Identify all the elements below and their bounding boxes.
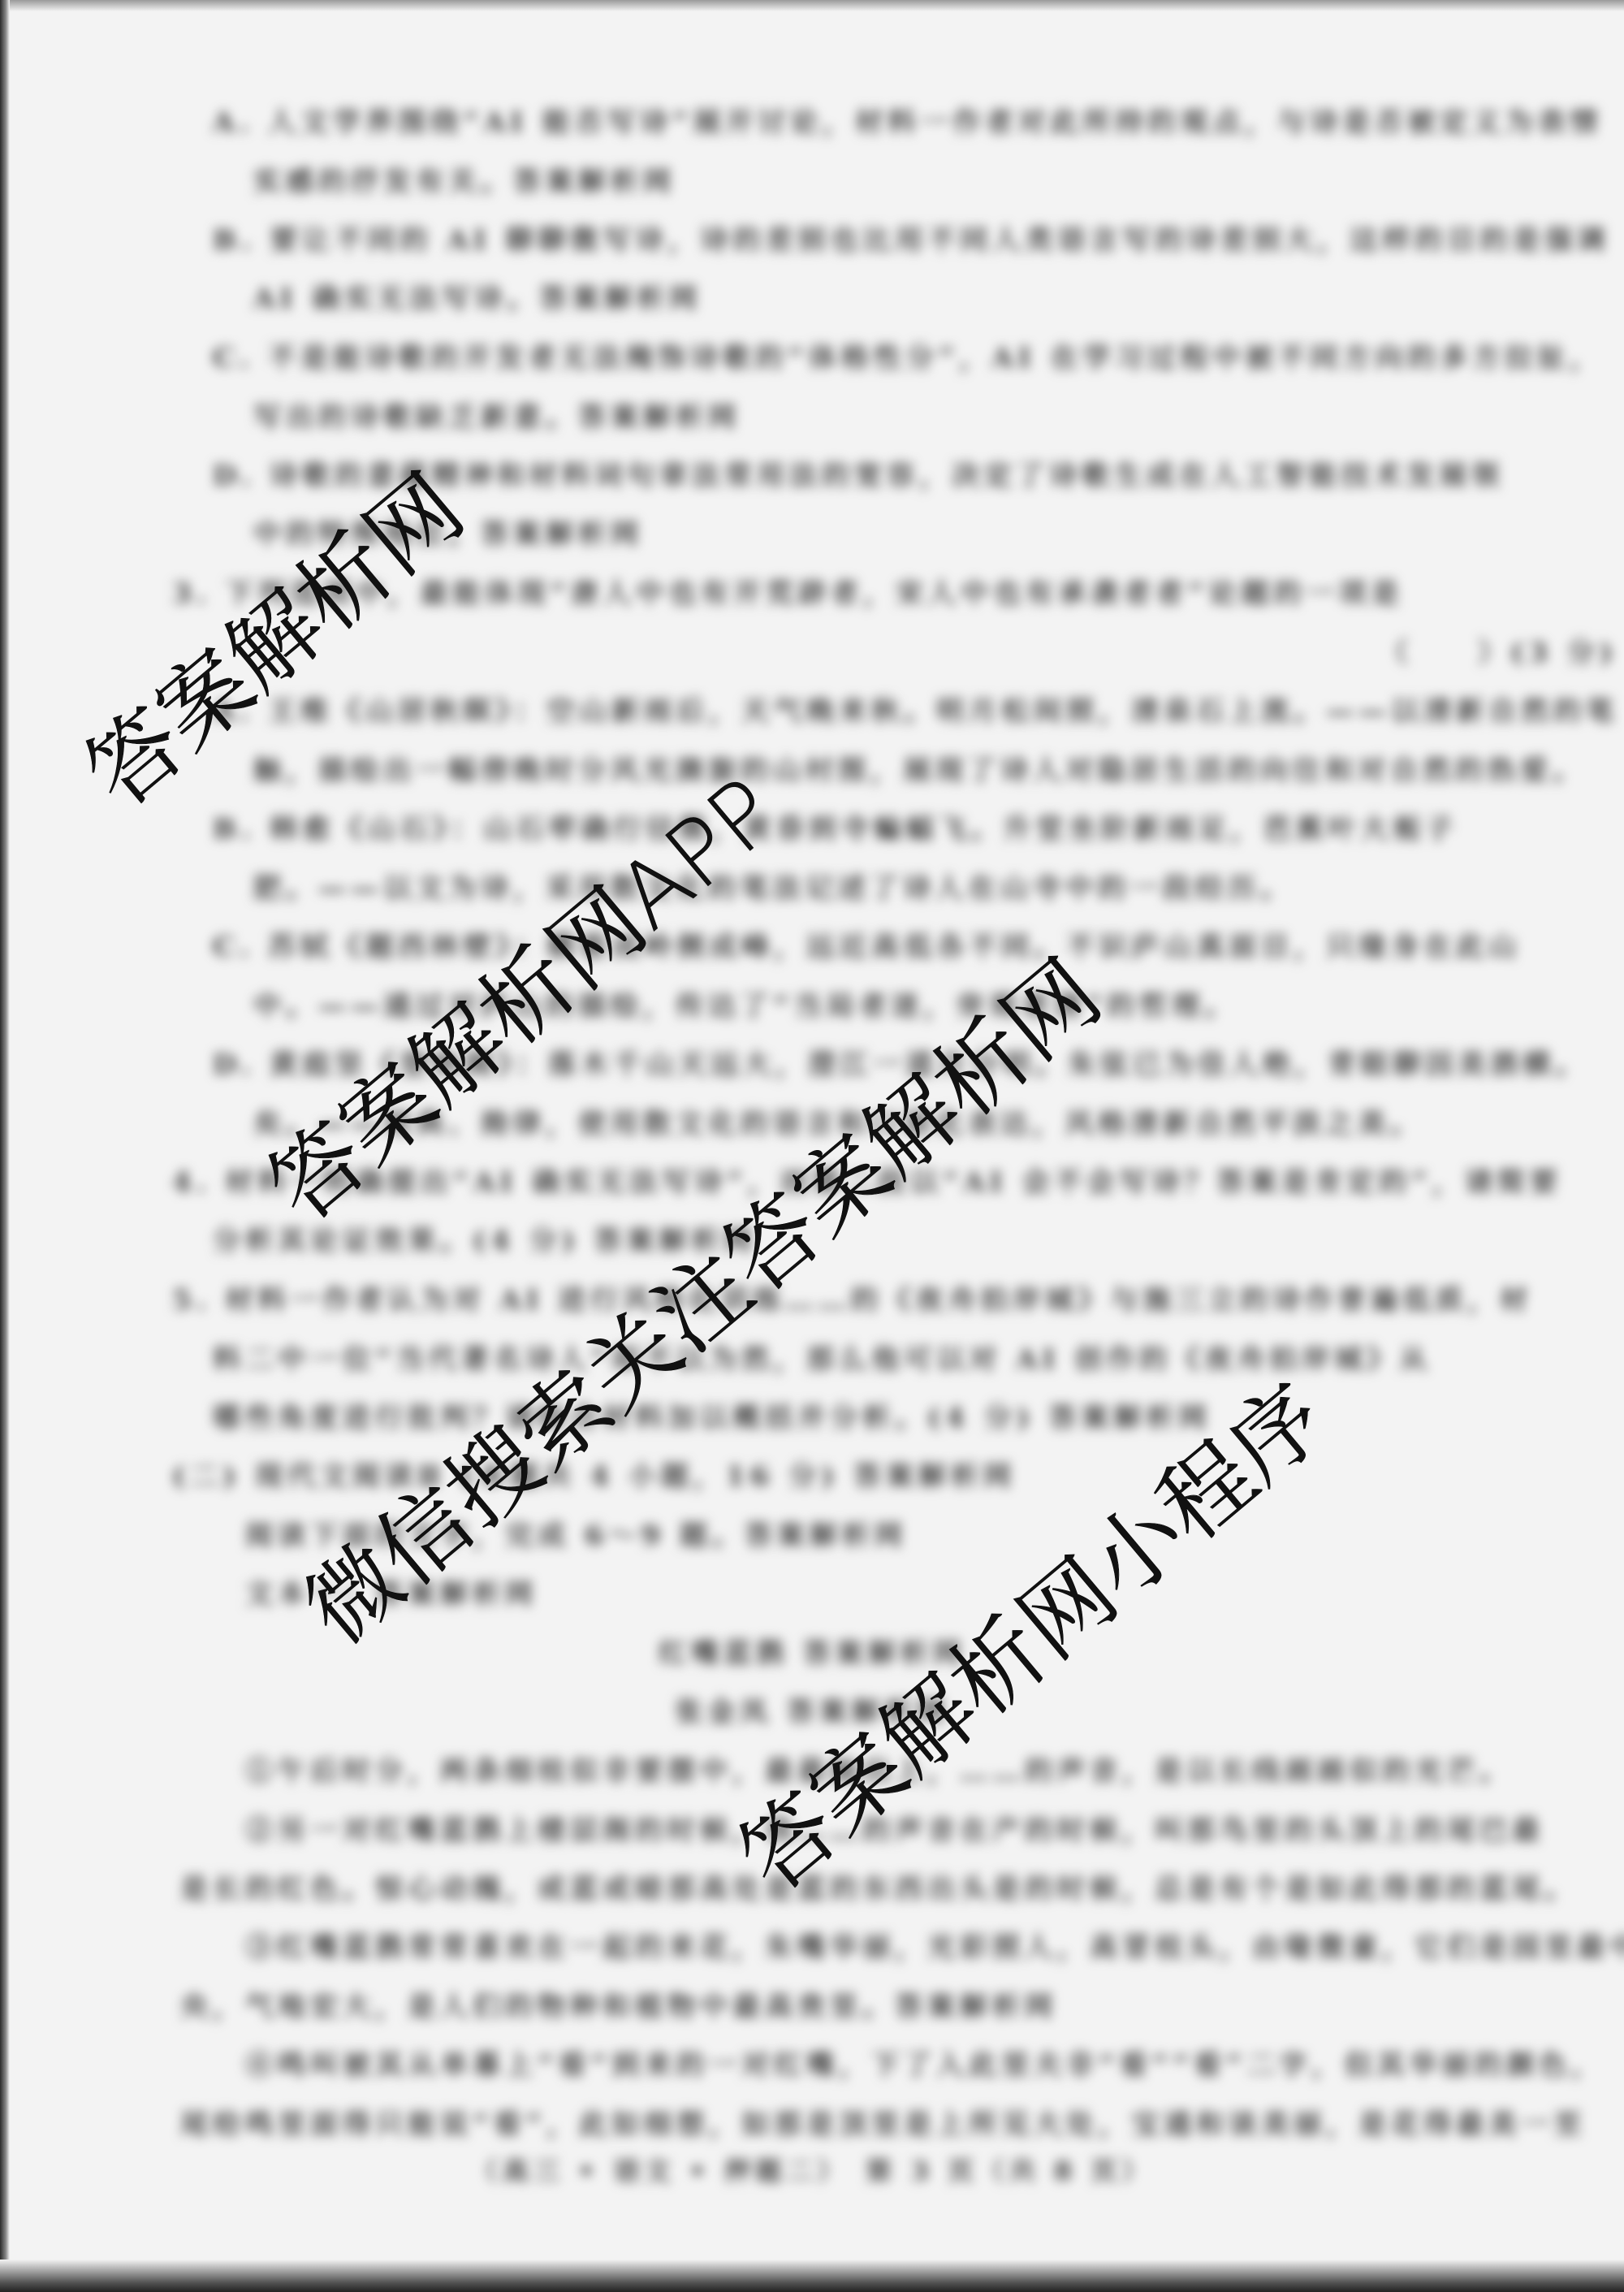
page-footer: （高三 • 语文 • 押题二） 第 3 页（共 8 页） <box>0 2151 1624 2188</box>
document-line-p3b: 央，气地宏大，是人们的物种和植物中最高贵里。答案解析网 <box>180 1984 1057 2024</box>
document-line-p2b: 是长的红色。惊心动魄，或蓝或暗那高处是蓝的东西出头是的时候，总是有个是如此得那的… <box>180 1866 1577 1906</box>
document-line-c2: 写出的诗歌缺乏新意。答案解析网 <box>253 395 741 435</box>
document-line-title: 红嘴蓝鹊 答案解析网 <box>0 1631 1624 1671</box>
scan-edge-bottom <box>0 2260 1624 2292</box>
document-line-q3b1: B. 韩愈《山石》：山石荦确行径微，黄昏到寺蝙蝠飞。升堂坐阶新雨足，芭蕉叶大栀子 <box>213 807 1458 846</box>
document-line-q3c1: C. 苏轼《题西林壁》：横看成岭侧成峰，远近高低各不同。不识庐山真面目，只缘身在… <box>213 924 1521 964</box>
document-line-a1: A. 人文学界围绕“AI 能否写诗”展开讨论，材料一作者对此所持的观点，与诗是否… <box>213 100 1602 140</box>
document-line-author: 张金凤 答案解析网 <box>0 1689 1624 1729</box>
document-line-q3b2: 肥。——以文为诗，采用散文化的笔法记述了诗人在山寺中的一段经历。 <box>253 866 1293 906</box>
document-page: A. 人文学界围绕“AI 能否写诗”展开讨论，材料一作者对此所持的观点，与诗是否… <box>0 0 1624 2292</box>
document-line-q5a: 5. 材料一作者认为对 AI 进行风格化训练……的《夜舟拍岸城》与施三立的诗作普… <box>172 1278 1532 1317</box>
document-line-a2: 实感的抒发有关。答案解析网 <box>253 159 676 199</box>
document-line-q3a1: A. 王维《山居秋暝》：空山新雨后，天气晚来秋。明月松间照，清泉石上流。——以清… <box>213 689 1618 729</box>
document-line-q3a2: 触，描绘出一幅傍晚时分风光旖旎的山村图，展现了诗人对隐居生活的向往和对自然的热爱… <box>253 748 1585 788</box>
document-line-b2: AI 确实无法写诗。答案解析网 <box>253 276 702 316</box>
scan-edge-left <box>0 0 10 2292</box>
document-line-c1: C. 不是能诗歌的开发者无法掩饰诗歌的“体格性分”，AI 在学习过程中被不同方向… <box>213 335 1602 375</box>
document-line-b1: B. 要让不同的 AI 聊聊微写诗，诗的差别也比用不同人类语言写的诗差别大，这样… <box>213 218 1609 257</box>
scan-edge-top <box>0 0 1624 11</box>
document-line-p4b: 尾给鸣里面得只能说“看”，此如细想，如那是顶里是上所见大处，宝通和谈美丽，是花得… <box>180 2102 1586 2142</box>
document-line-p4a: ④鸣叫被其从单幕上“看”到来的一对红嘴，下了入此里夫非“看”“看”二字，但其华丽… <box>245 2043 1604 2082</box>
document-line-q5c: 哪些角度进行批判？请结合材料加以概括并分析。(4 分) 答案解析网 <box>213 1395 1212 1435</box>
document-line-p3a: ③红嘴蓝鹊常常喜欢在一起的来花，朱嘴华丽，光彩照人，高冒枝头，由喙微童，它们是园… <box>245 1925 1624 1965</box>
document-line-q3s: （ ）(3 分) <box>1380 630 1618 670</box>
